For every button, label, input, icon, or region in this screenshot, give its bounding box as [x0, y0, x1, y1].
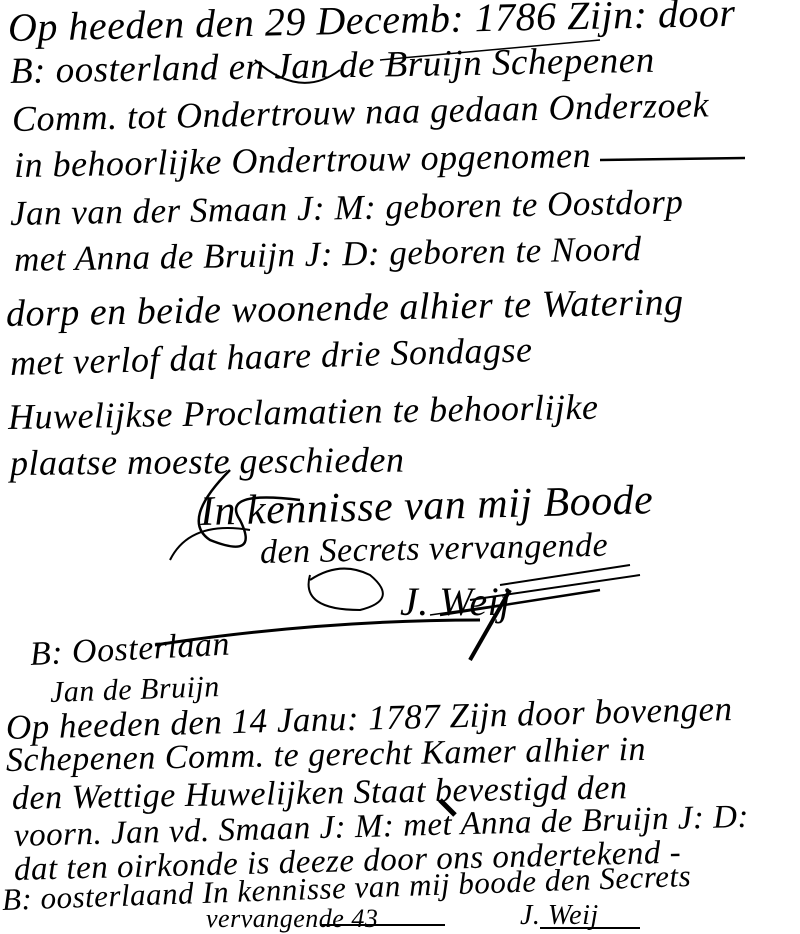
- entry1-line-5: Jan van der Smaan J: M: geboren te Oostd…: [10, 182, 684, 234]
- entry1-line-9: Huwelijkse Proclamatien te behoorlijke: [8, 386, 599, 438]
- entry1-line-6: met Anna de Bruijn J: D: geboren te Noor…: [14, 229, 642, 280]
- entry1-line-7: dorp en beide woonende alhier te Waterin…: [6, 280, 684, 336]
- entry1-line-3: Comm. tot Ondertrouw naa gedaan Onderzoe…: [12, 83, 710, 140]
- document-page: Op heeden den 29 Decemb: 1786 Zijn: door…: [0, 0, 800, 934]
- entry2-closing: vervangende 43: [206, 904, 378, 934]
- entry1-line-4: in behoorlijke Ondertrouw opgenomen: [14, 134, 592, 186]
- entry1-line-10: plaatse moeste geschieden: [10, 439, 405, 484]
- entry2-closing-text: vervangende: [206, 904, 344, 933]
- entry1-closing-2: den Secrets vervangende: [260, 527, 609, 572]
- entry1-signature: J. Weij: [400, 578, 511, 625]
- page-number: 43: [351, 904, 378, 933]
- entry2-signature: J. Weij: [520, 900, 599, 932]
- entry2-marginal-note: B: Oosterlaan: [29, 626, 231, 674]
- entry1-line-8: met verlof dat haare drie Sondagse: [9, 328, 533, 384]
